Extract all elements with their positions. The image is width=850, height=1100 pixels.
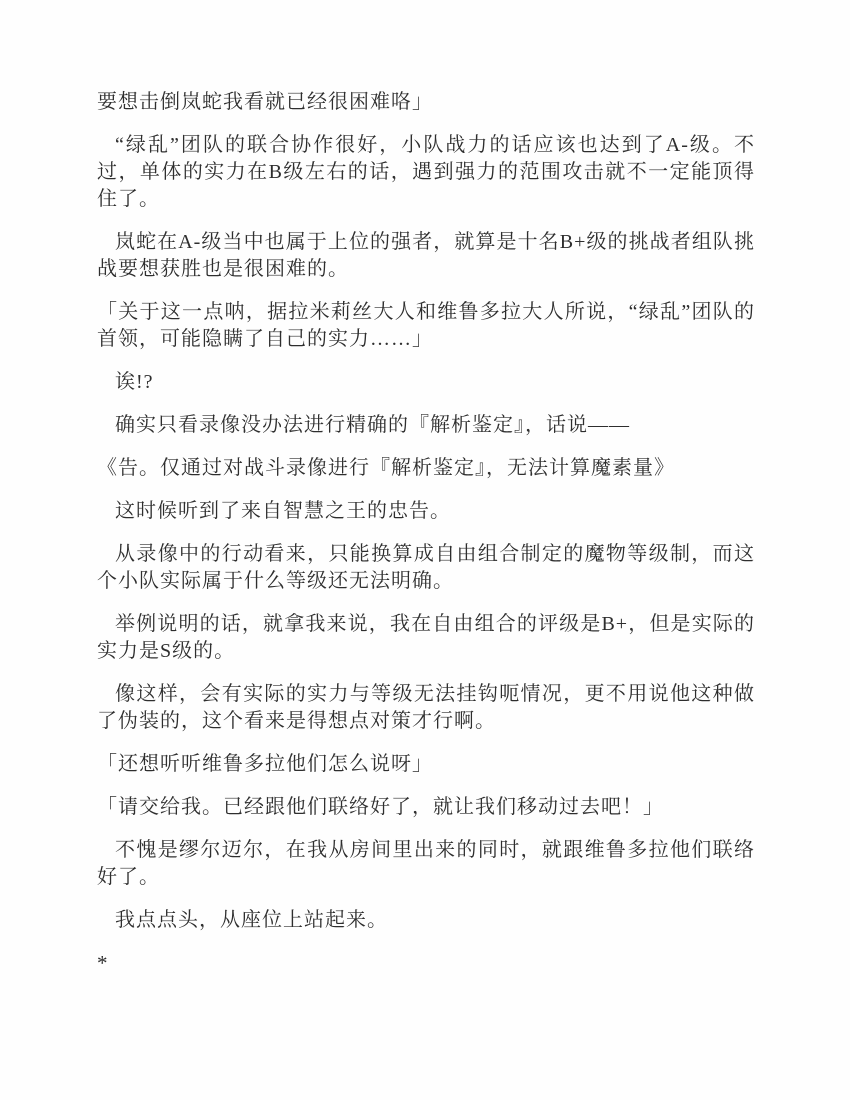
paragraph: 要想击倒岚蛇我看就已经很困难咯」 — [97, 89, 755, 116]
paragraph: 我点点头，从座位上站起来。 — [97, 907, 755, 934]
paragraph: 这时候听到了来自智慧之王的忠告。 — [97, 498, 755, 525]
paragraph: 岚蛇在A-级当中也属于上位的强者，就算是十名B+级的挑战者组队挑战要想获胜也是很… — [97, 229, 755, 283]
paragraph-dialogue: 「关于这一点呐，据拉米莉丝大人和维鲁多拉大人所说，“绿乱”团队的首领，可能隐瞒了… — [97, 299, 755, 353]
paragraph: 确实只看录像没办法进行精确的『解析鉴定』，话说—— — [97, 412, 755, 439]
paragraph: 举例说明的话，就拿我来说，我在自由组合的评级是B+，但是实际的实力是S级的。 — [97, 611, 755, 665]
paragraph: 不愧是缪尔迈尔，在我从房间里出来的同时，就跟维鲁多拉他们联络好了。 — [97, 837, 755, 891]
text-content: 要想击倒岚蛇我看就已经很困难咯」 “绿乱”团队的联合协作很好，小队战力的话应该也… — [97, 89, 755, 993]
paragraph: 从录像中的行动看来，只能换算成自由组合制定的魔物等级制，而这个小队实际属于什么等… — [97, 541, 755, 595]
paragraph-announcement: 《告。仅通过对战斗录像进行『解析鉴定』，无法计算魔素量》 — [97, 455, 755, 482]
novel-page: 要想击倒岚蛇我看就已经很困难咯」 “绿乱”团队的联合协作很好，小队战力的话应该也… — [0, 0, 850, 1100]
paragraph-dialogue: 「还想听听维鲁多拉他们怎么说呀」 — [97, 751, 755, 778]
paragraph-dialogue: 「请交给我。已经跟他们联络好了，就让我们移动过去吧！」 — [97, 794, 755, 821]
paragraph: 诶!? — [97, 369, 755, 396]
paragraph: 像这样，会有实际的实力与等级无法挂钩呃情况，更不用说他这种做了伪装的，这个看来是… — [97, 681, 755, 735]
section-break-marker: * — [97, 950, 755, 977]
paragraph: “绿乱”团队的联合协作很好，小队战力的话应该也达到了A-级。不过，单体的实力在B… — [97, 132, 755, 213]
